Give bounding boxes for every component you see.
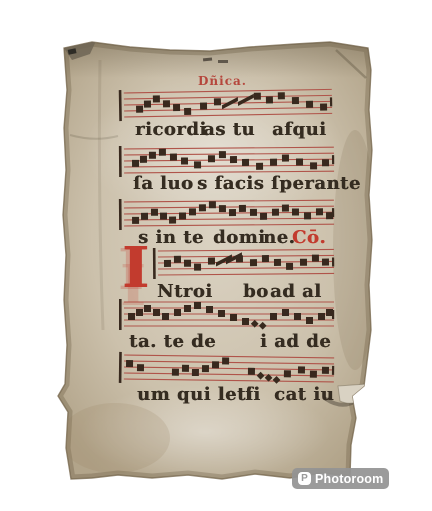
neume-square: [292, 208, 299, 215]
neume-square: [219, 205, 226, 212]
neume-square: [282, 205, 289, 212]
illuminated-initial: I: [122, 240, 148, 296]
neume-square: [181, 157, 188, 164]
neume-square: [144, 101, 151, 108]
stave-clef-bar: [119, 352, 122, 383]
stave-end-tick: [332, 155, 334, 164]
neume-square: [292, 97, 299, 104]
neume-square: [230, 156, 237, 163]
neume-square: [153, 95, 160, 102]
neume-square: [270, 313, 277, 320]
neume-square: [322, 159, 329, 166]
photo-canvas: Dñica. ricordias tuafquiſaluos facis ſpe…: [0, 0, 432, 511]
neume-square: [172, 369, 179, 376]
chant-text-segment: domi: [213, 229, 265, 247]
neume-square: [208, 258, 215, 265]
neume-square: [170, 154, 177, 161]
photoroom-watermark-label: Photoroom: [315, 472, 383, 486]
neume-square: [140, 156, 147, 163]
neume-square: [239, 205, 246, 212]
stave-clef-bar: [119, 199, 122, 230]
neume-square: [144, 305, 151, 312]
stain-bottom-left: [60, 403, 170, 473]
neume-square: [278, 92, 285, 99]
chant-text-segment: ne.: [263, 229, 295, 247]
neume-square: [184, 108, 191, 115]
neume-square: [169, 217, 176, 224]
chant-text-segment: i ad de: [260, 333, 331, 351]
top-edge-shade: [60, 42, 372, 78]
chant-text-segment: luo: [160, 175, 193, 193]
neume-square: [320, 103, 327, 110]
neume-square: [189, 208, 196, 215]
neume-square: [218, 310, 225, 317]
neume-square: [194, 264, 201, 271]
stave-clef-bar: [153, 248, 156, 279]
rubric-heading: Dñica.: [198, 75, 247, 87]
neume-square: [132, 217, 139, 224]
neume-square: [322, 259, 329, 266]
photoroom-watermark: P Photoroom: [292, 468, 389, 489]
chant-text-segment: fi: [245, 386, 261, 404]
neume-square: [248, 368, 255, 375]
neume-square: [318, 313, 325, 320]
neume-square: [212, 361, 219, 368]
neume-square: [137, 364, 144, 371]
chant-text-segment: Ntroi: [157, 283, 213, 301]
neume-square: [182, 365, 189, 372]
neume-square: [260, 213, 267, 220]
neume-square: [274, 259, 281, 266]
neume-square: [242, 318, 249, 325]
neume-square: [194, 161, 201, 168]
neume-square: [202, 365, 209, 372]
stave-clef-bar: [119, 299, 122, 330]
neume-square: [306, 101, 313, 108]
neume-square: [296, 158, 303, 165]
chant-text-segment: afqui: [272, 121, 326, 139]
neume-square: [254, 93, 261, 100]
neume-square: [306, 317, 313, 324]
neume-square: [242, 159, 249, 166]
neume-square: [200, 103, 207, 110]
neume-square: [209, 201, 216, 208]
neume-square: [179, 212, 186, 219]
neume-square: [316, 208, 323, 215]
neume-square: [192, 369, 199, 376]
chant-text-segment: cat iu: [274, 386, 334, 404]
neume-square: [126, 360, 133, 367]
neume-square: [326, 309, 333, 316]
neume-square: [262, 255, 269, 262]
chant-text-segment: um qui leti: [137, 386, 253, 404]
neume-square: [282, 155, 289, 162]
neume-square: [266, 96, 273, 103]
neume-square: [298, 366, 305, 373]
neume-square: [153, 309, 160, 316]
chant-text-segment: as tu: [203, 121, 255, 139]
neume-square: [163, 100, 170, 107]
folded-flap: [338, 384, 366, 403]
neume-square: [270, 159, 277, 166]
neume-square: [304, 212, 311, 219]
neume-square: [136, 106, 143, 113]
neume-square: [184, 260, 191, 267]
neume-square: [286, 263, 293, 270]
neume-square: [199, 204, 206, 211]
neume-square: [250, 259, 257, 266]
neume-square: [250, 209, 257, 216]
chant-text-segment: bo: [243, 283, 269, 301]
chant-text-segment: s facis ſperante: [197, 175, 361, 193]
photoroom-logo-icon: P: [298, 472, 311, 485]
neume-square: [214, 98, 221, 105]
neume-square: [206, 306, 213, 313]
stave-clef-bar: [119, 146, 122, 177]
neume-square: [173, 104, 180, 111]
neume-square: [164, 260, 171, 267]
neume-square: [149, 152, 156, 159]
neume-square: [282, 309, 289, 316]
stave-end-tick: [330, 97, 332, 106]
neume-square: [174, 309, 181, 316]
chant-text-segment: ad al: [270, 283, 322, 301]
neume-square: [272, 209, 279, 216]
stave-clef-bar: [119, 90, 122, 121]
shade-right-edge: [333, 130, 377, 370]
neume-square: [174, 256, 181, 263]
top-smudge-2: [218, 60, 228, 63]
neume-square: [162, 313, 169, 320]
neume-square: [184, 305, 191, 312]
chant-text-segment: ſa: [133, 175, 153, 193]
neume-square: [128, 313, 135, 320]
stave-end-tick: [332, 366, 334, 375]
neume-square: [136, 309, 143, 316]
neume-square: [310, 162, 317, 169]
neume-square: [194, 302, 201, 309]
neume-square: [312, 255, 319, 262]
neume-square: [160, 213, 167, 220]
neume-square: [141, 213, 148, 220]
neume-square: [151, 209, 158, 216]
chant-text-segment: Cō.: [292, 229, 326, 247]
neume-square: [256, 163, 263, 170]
stave-end-tick: [332, 257, 334, 266]
chant-text-segment: ricordi: [135, 121, 207, 139]
neume-square: [322, 367, 329, 374]
neume-square: [326, 212, 333, 219]
neume-square: [300, 259, 307, 266]
neume-square: [310, 371, 317, 378]
neume-square: [230, 314, 237, 321]
neume-square: [219, 151, 226, 158]
neume-square: [132, 160, 139, 167]
neume-square: [284, 370, 291, 377]
chant-text-segment: ta. te de: [129, 333, 216, 351]
neume-square: [294, 313, 301, 320]
neume-square: [208, 155, 215, 162]
neume-square: [222, 357, 229, 364]
neume-square: [159, 149, 166, 156]
neume-square: [229, 209, 236, 216]
